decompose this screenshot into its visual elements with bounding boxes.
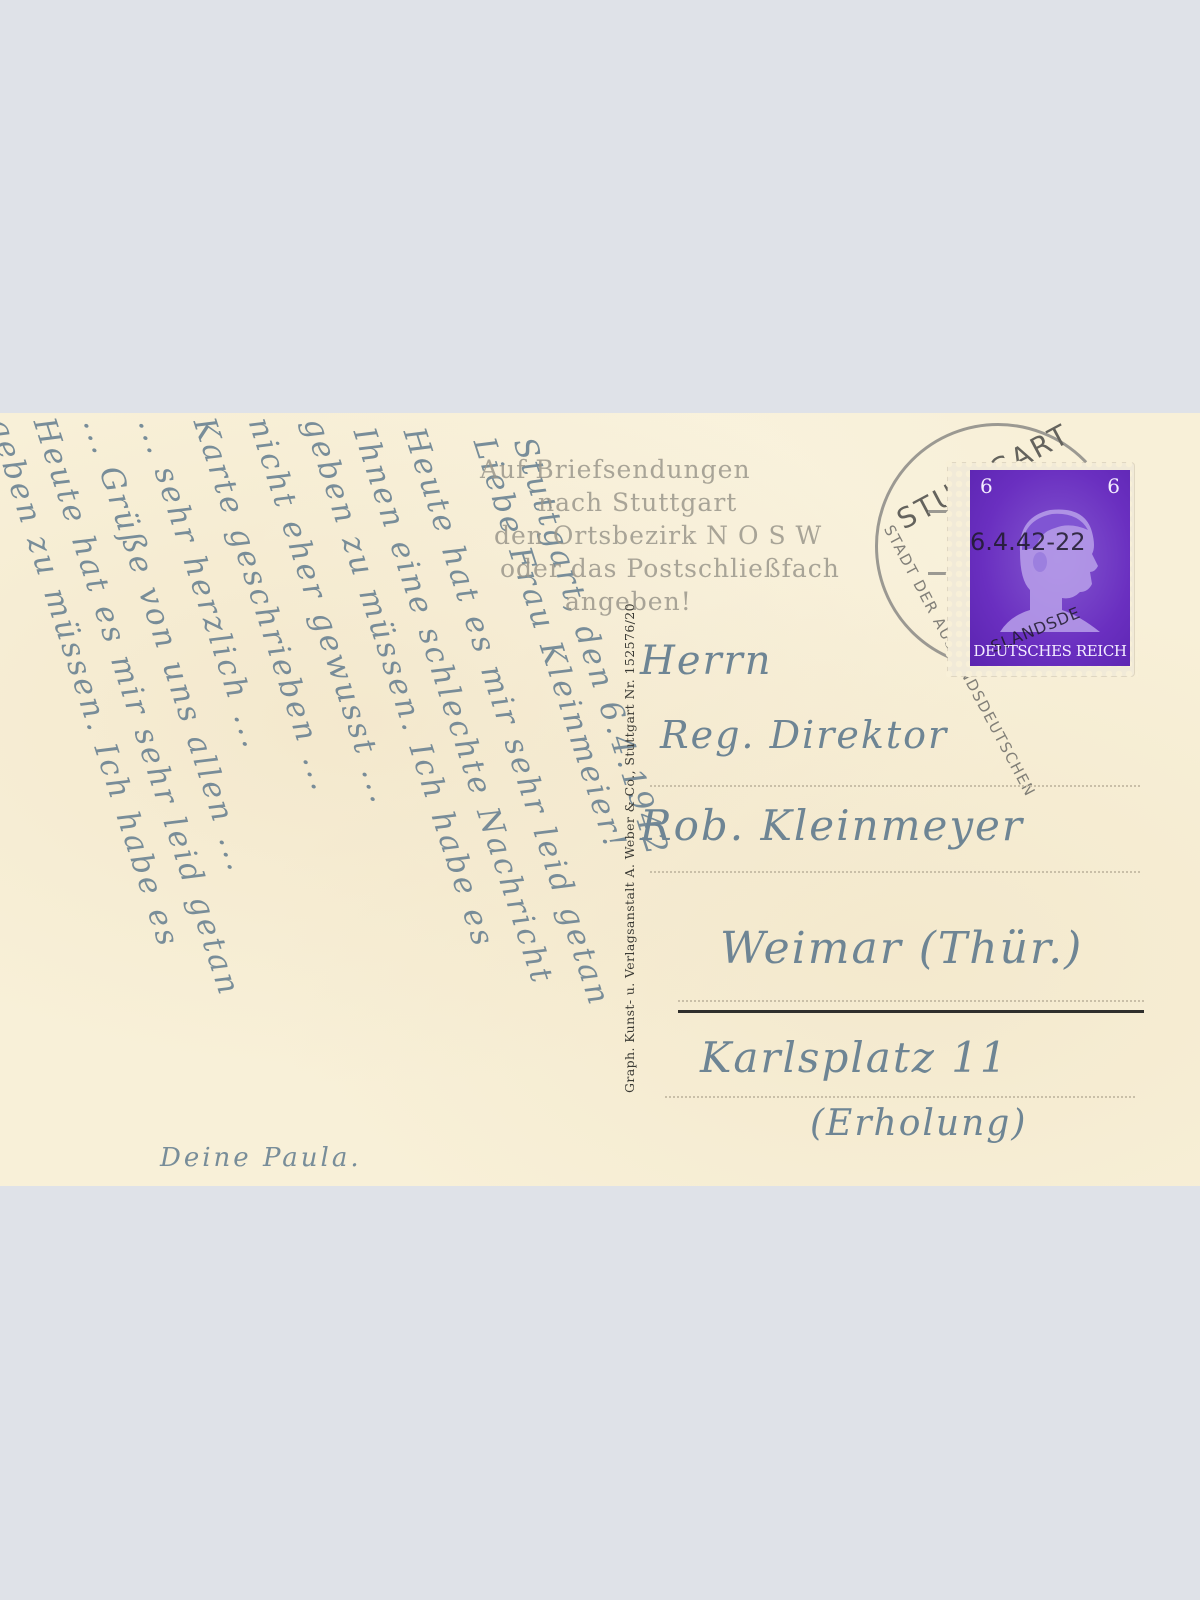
- address-note: (Erholung): [810, 1103, 1027, 1144]
- address-name: Rob. Kleinmeyer: [640, 801, 1024, 850]
- slogan-line: oder das Postschließfach: [480, 552, 840, 585]
- message-closing: Deine Paula.: [160, 1143, 362, 1173]
- stamp-denomination: 6: [980, 474, 993, 498]
- publisher-imprint: Graph. Kunst- u. Verlagsanstalt A. Weber…: [622, 603, 637, 1093]
- address-dotted-line: [650, 785, 1140, 787]
- slogan-line: Auf Briefsendungen: [480, 453, 840, 486]
- postage-stamp: 6 6 6.4.42-22 SLANDSDE DEUTSCHES REICH: [948, 463, 1134, 676]
- stamp-country: DEUTSCHES REICH: [970, 642, 1130, 660]
- stamp-cancel-date: 6.4.42-22: [970, 528, 1086, 556]
- address-dotted-line: [678, 1000, 1144, 1002]
- address-title: Reg. Direktor: [660, 713, 948, 757]
- slogan-cancel: Auf Briefsendungen nach Stuttgart den Or…: [480, 453, 840, 618]
- address-dotted-line: [665, 1096, 1135, 1098]
- slogan-line: nach Stuttgart: [480, 486, 840, 519]
- slogan-line: angeben!: [480, 585, 840, 618]
- address-dotted-line: [650, 871, 1140, 873]
- address-underline: [678, 1010, 1144, 1013]
- slogan-line: den Ortsbezirk N O S W: [480, 519, 840, 552]
- address-street: Karlsplatz 11: [700, 1033, 1009, 1082]
- address-city: Weimar (Thür.): [720, 923, 1083, 974]
- stamp-design: 6 6 6.4.42-22 SLANDSDE DEUTSCHES REICH: [970, 470, 1130, 666]
- postcard: Stuttgart, den 6.4.1942 Liebe Frau Klein…: [0, 413, 1200, 1186]
- address-salutation: Herrn: [640, 638, 773, 684]
